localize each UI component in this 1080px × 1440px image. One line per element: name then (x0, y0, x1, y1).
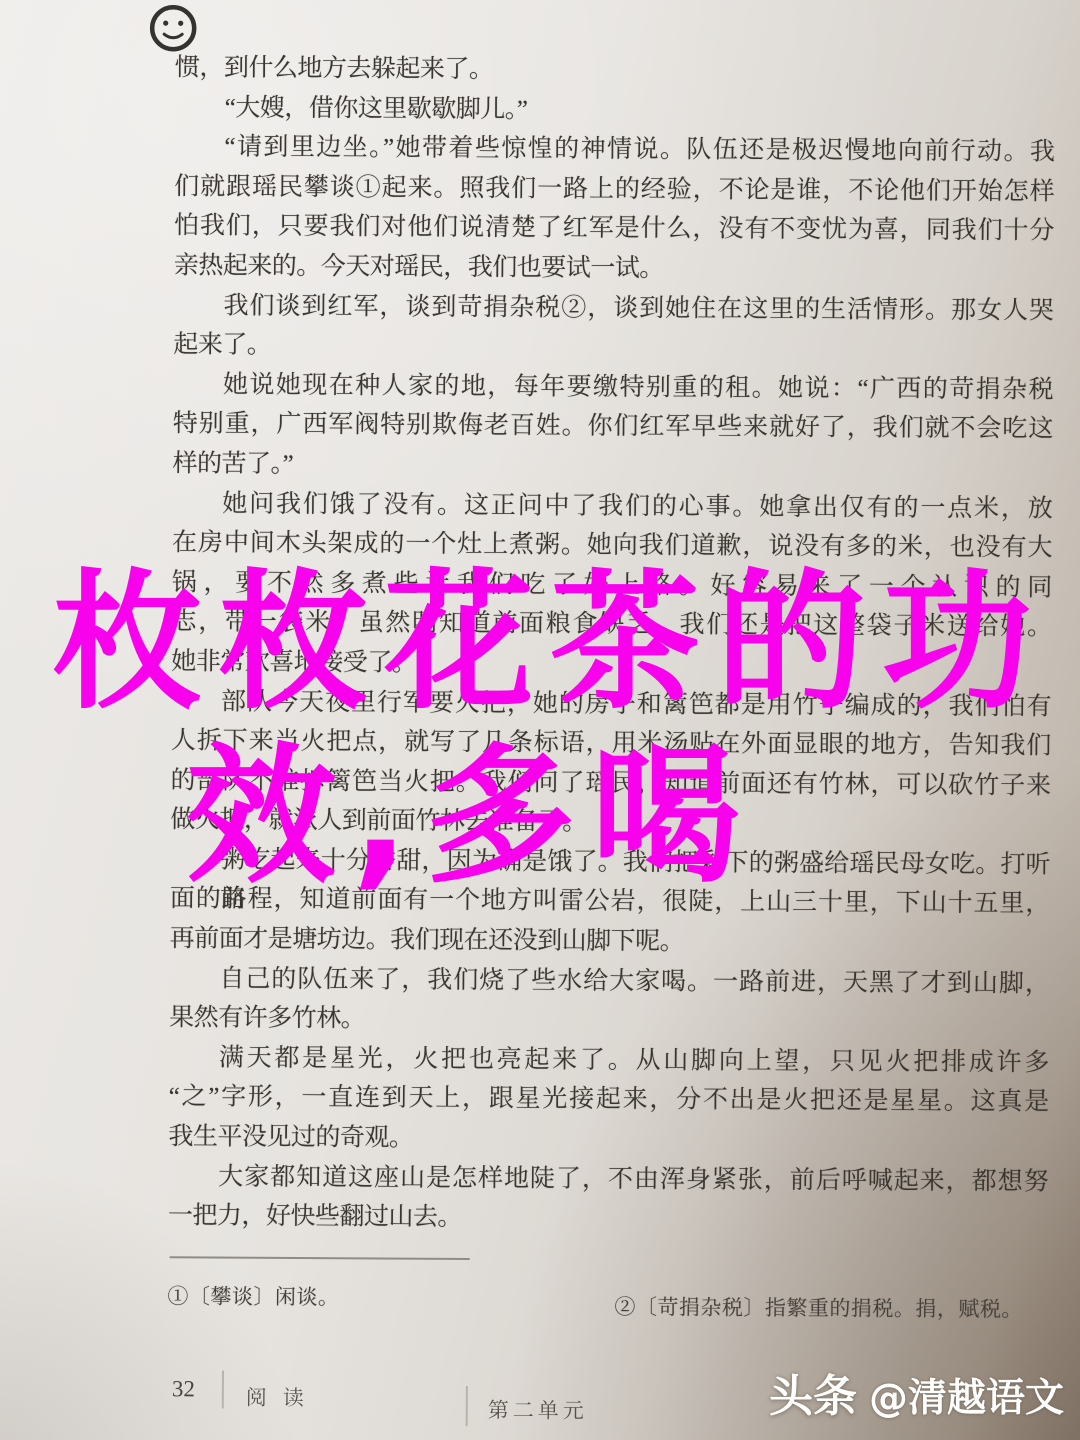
text-line: 怕我们，只要我们对他们说清楚了红军是什么，没有不变忧为喜，同我们十分 (174, 207, 1054, 252)
text-line: 果然有许多竹林。 (169, 998, 1049, 1043)
toutiao-brand-mark: 头条 (769, 1360, 857, 1424)
page-number: 32 (172, 1376, 195, 1402)
footer-divider-1 (222, 1371, 224, 1409)
footnote-2: ②〔苛捐杂税〕指繁重的捐税。捐，赋税。 (614, 1291, 1023, 1323)
text-line: 我生平没见过的奇观。 (168, 1117, 1048, 1162)
text-line: 样的苦了。” (172, 444, 1052, 489)
text-line: 再前面才是塘坊边。我们现在还没到山脚下呢。 (170, 919, 1050, 964)
text-line: “大嫂，借你这里歇歇脚儿。” (175, 88, 1055, 133)
book-page-photo: 惯，到什么地方去躲起来了。“大嫂，借你这里歇歇脚儿。”“请到里边坐。”她带着些惊… (0, 0, 1080, 1440)
text-line: 我们谈到红军，谈到苛捐杂税②，谈到她住在这里的生活情形。那女人哭 (173, 286, 1053, 331)
section-label: 阅读 (246, 1382, 320, 1412)
text-line: 自己的队伍来了，我们烧了些水给大家喝。一路前进，天黑了才到山脚， (169, 959, 1049, 1004)
credit-watermark: 头条 @清越语文 (769, 1360, 1064, 1424)
text-line: 她非常欢喜地接受了。 (171, 642, 1051, 687)
text-line: 锅，要不然多煮些让我们吃了好上路。好容易来了一个认识的同 (172, 563, 1052, 608)
body-text: 惯，到什么地方去躲起来了。“大嫂，借你这里歇歇脚儿。”“请到里边坐。”她带着些惊… (168, 48, 1055, 1241)
text-line: 做火把，就派人到前面竹林去准备了。 (170, 800, 1050, 845)
text-line: 志，带一袋米，虽然明知道前面粮食缺乏，我们还是把这整袋子米送给她。 (171, 603, 1051, 648)
text-line: 的部队不准拆篱笆当火把。我们问了瑶民，知道前面还有竹林，可以砍竹子来 (170, 761, 1050, 806)
text-line: 人拆下来当火把点，就写了几条标语，用米汤贴在外面显眼的地方，告知我们 (171, 721, 1051, 766)
footnote-divider (170, 1256, 470, 1260)
text-line: 部队今天夜里行军要火把，她的房子和篱笆都是用竹子编成的，我们怕有 (171, 682, 1051, 727)
text-line: 特别重，广西军阀特别欺侮老百姓。你们红军早些来就好了，我们就不会吃这 (173, 405, 1053, 450)
author-handle: @清越语文 (869, 1367, 1064, 1423)
text-line: 面的路程，知道前面有一个地方叫雷公岩，很陡，上山三十里，下山十五里， (170, 880, 1050, 925)
text-line: 在房中间木头架成的一个灶上煮粥。她向我们道歉，说没有多的米，也没有大 (172, 523, 1052, 568)
text-line: 粥吃起来十分香甜，因为确是饿了。我们把剩下的粥盛给瑶民母女吃。打听前 (170, 840, 1050, 885)
text-line: 一把力，好快些翻过山去。 (168, 1196, 1048, 1241)
text-line: 她说她现在种人家的地，每年要缴特别重的租。她说：“广西的苛捐杂税 (173, 365, 1053, 410)
unit-label: 第二单元 (488, 1394, 588, 1425)
page-content: 惯，到什么地方去躲起来了。“大嫂，借你这里歇歇脚儿。”“请到里边坐。”她带着些惊… (0, 0, 1080, 1440)
text-line: 惯，到什么地方去躲起来了。 (175, 48, 1055, 93)
text-line: 起来了。 (173, 325, 1053, 370)
footnote-1: ①〔攀谈〕闲谈。 (167, 1280, 339, 1311)
text-line: 亲热起来的。今天对瑶民，我们也要试一试。 (174, 246, 1054, 291)
text-line: 们就跟瑶民攀谈①起来。照我们一路上的经验，不论是谁，不论他们开始怎样 (174, 167, 1054, 212)
text-line: 满天都是星光，火把也亮起来了。从山脚向上望，只见火把排成许多 (169, 1038, 1049, 1083)
text-line: 她问我们饿了没有。这正问中了我们的心事。她拿出仅有的一点米，放 (172, 484, 1052, 529)
footer-divider-2 (466, 1386, 468, 1426)
text-line: “请到里边坐。”她带着些惊惶的神情说。队伍还是极迟慢地向前行动。我 (174, 127, 1054, 172)
text-line: 大家都知道这座山是怎样地陡了，不由浑身紧张，前后呼喊起来，都想努 (168, 1157, 1048, 1202)
text-line: “之”字形，一直连到天上，跟星光接起来，分不出是火把还是星星。这真是 (169, 1078, 1049, 1123)
